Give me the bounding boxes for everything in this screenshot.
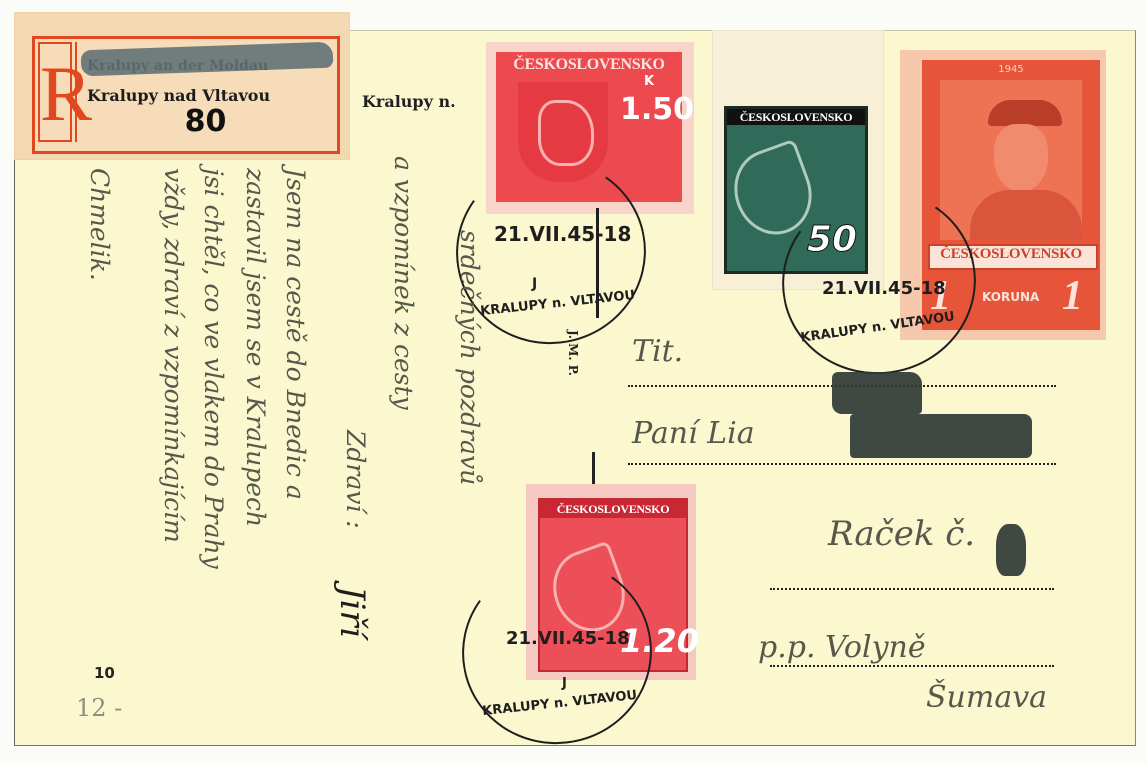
ink-redaction: [996, 524, 1026, 576]
address-street: Raček č.: [828, 514, 975, 554]
registration-number: 80: [77, 104, 334, 139]
message-line: vždy, zdraví z vzpomínkajícím: [159, 168, 188, 543]
registration-letter: R: [38, 42, 72, 142]
ink-redaction: [81, 42, 334, 77]
portrait-face: [994, 124, 1048, 192]
sender-place: Kralupy n.: [362, 92, 456, 111]
message-line: Chmelik.: [85, 168, 114, 281]
address-title: Tit.: [632, 334, 683, 369]
message-line: jsi chtěl, co ve vlakem do Prahy: [199, 168, 228, 569]
signature: Jiří: [332, 586, 372, 638]
ink-redaction: [850, 414, 1032, 458]
message-line: a vzpomínek z cesty: [389, 156, 418, 410]
ink-redaction: [832, 372, 922, 414]
cap-icon: [988, 100, 1062, 126]
address-name: Paní Lia: [632, 416, 755, 451]
registration-place: Kralupy nad Vltavou: [87, 86, 270, 105]
address-line: [770, 588, 1054, 590]
pencil-note: 12 -: [76, 694, 122, 722]
address-region: Šumava: [926, 680, 1047, 715]
message-line: Jsem na cestě do Bnedic a: [281, 168, 310, 500]
divider: [592, 452, 595, 488]
address-line: [770, 665, 1054, 667]
message-greeting: Zdraví :: [341, 430, 370, 529]
address-line: [628, 463, 1056, 465]
message-line: zastavil jsem se v Kralupech: [241, 168, 270, 527]
registration-label: R Kralupy an der Moldau Kralupy nad Vlta…: [14, 12, 350, 160]
portrait-frame: [940, 80, 1082, 240]
message-line: srdečných pozdravů: [455, 230, 484, 485]
address-post: p.p. Volyně: [758, 630, 926, 665]
card-number: 10: [94, 664, 115, 682]
postmark-bar: [596, 208, 599, 318]
